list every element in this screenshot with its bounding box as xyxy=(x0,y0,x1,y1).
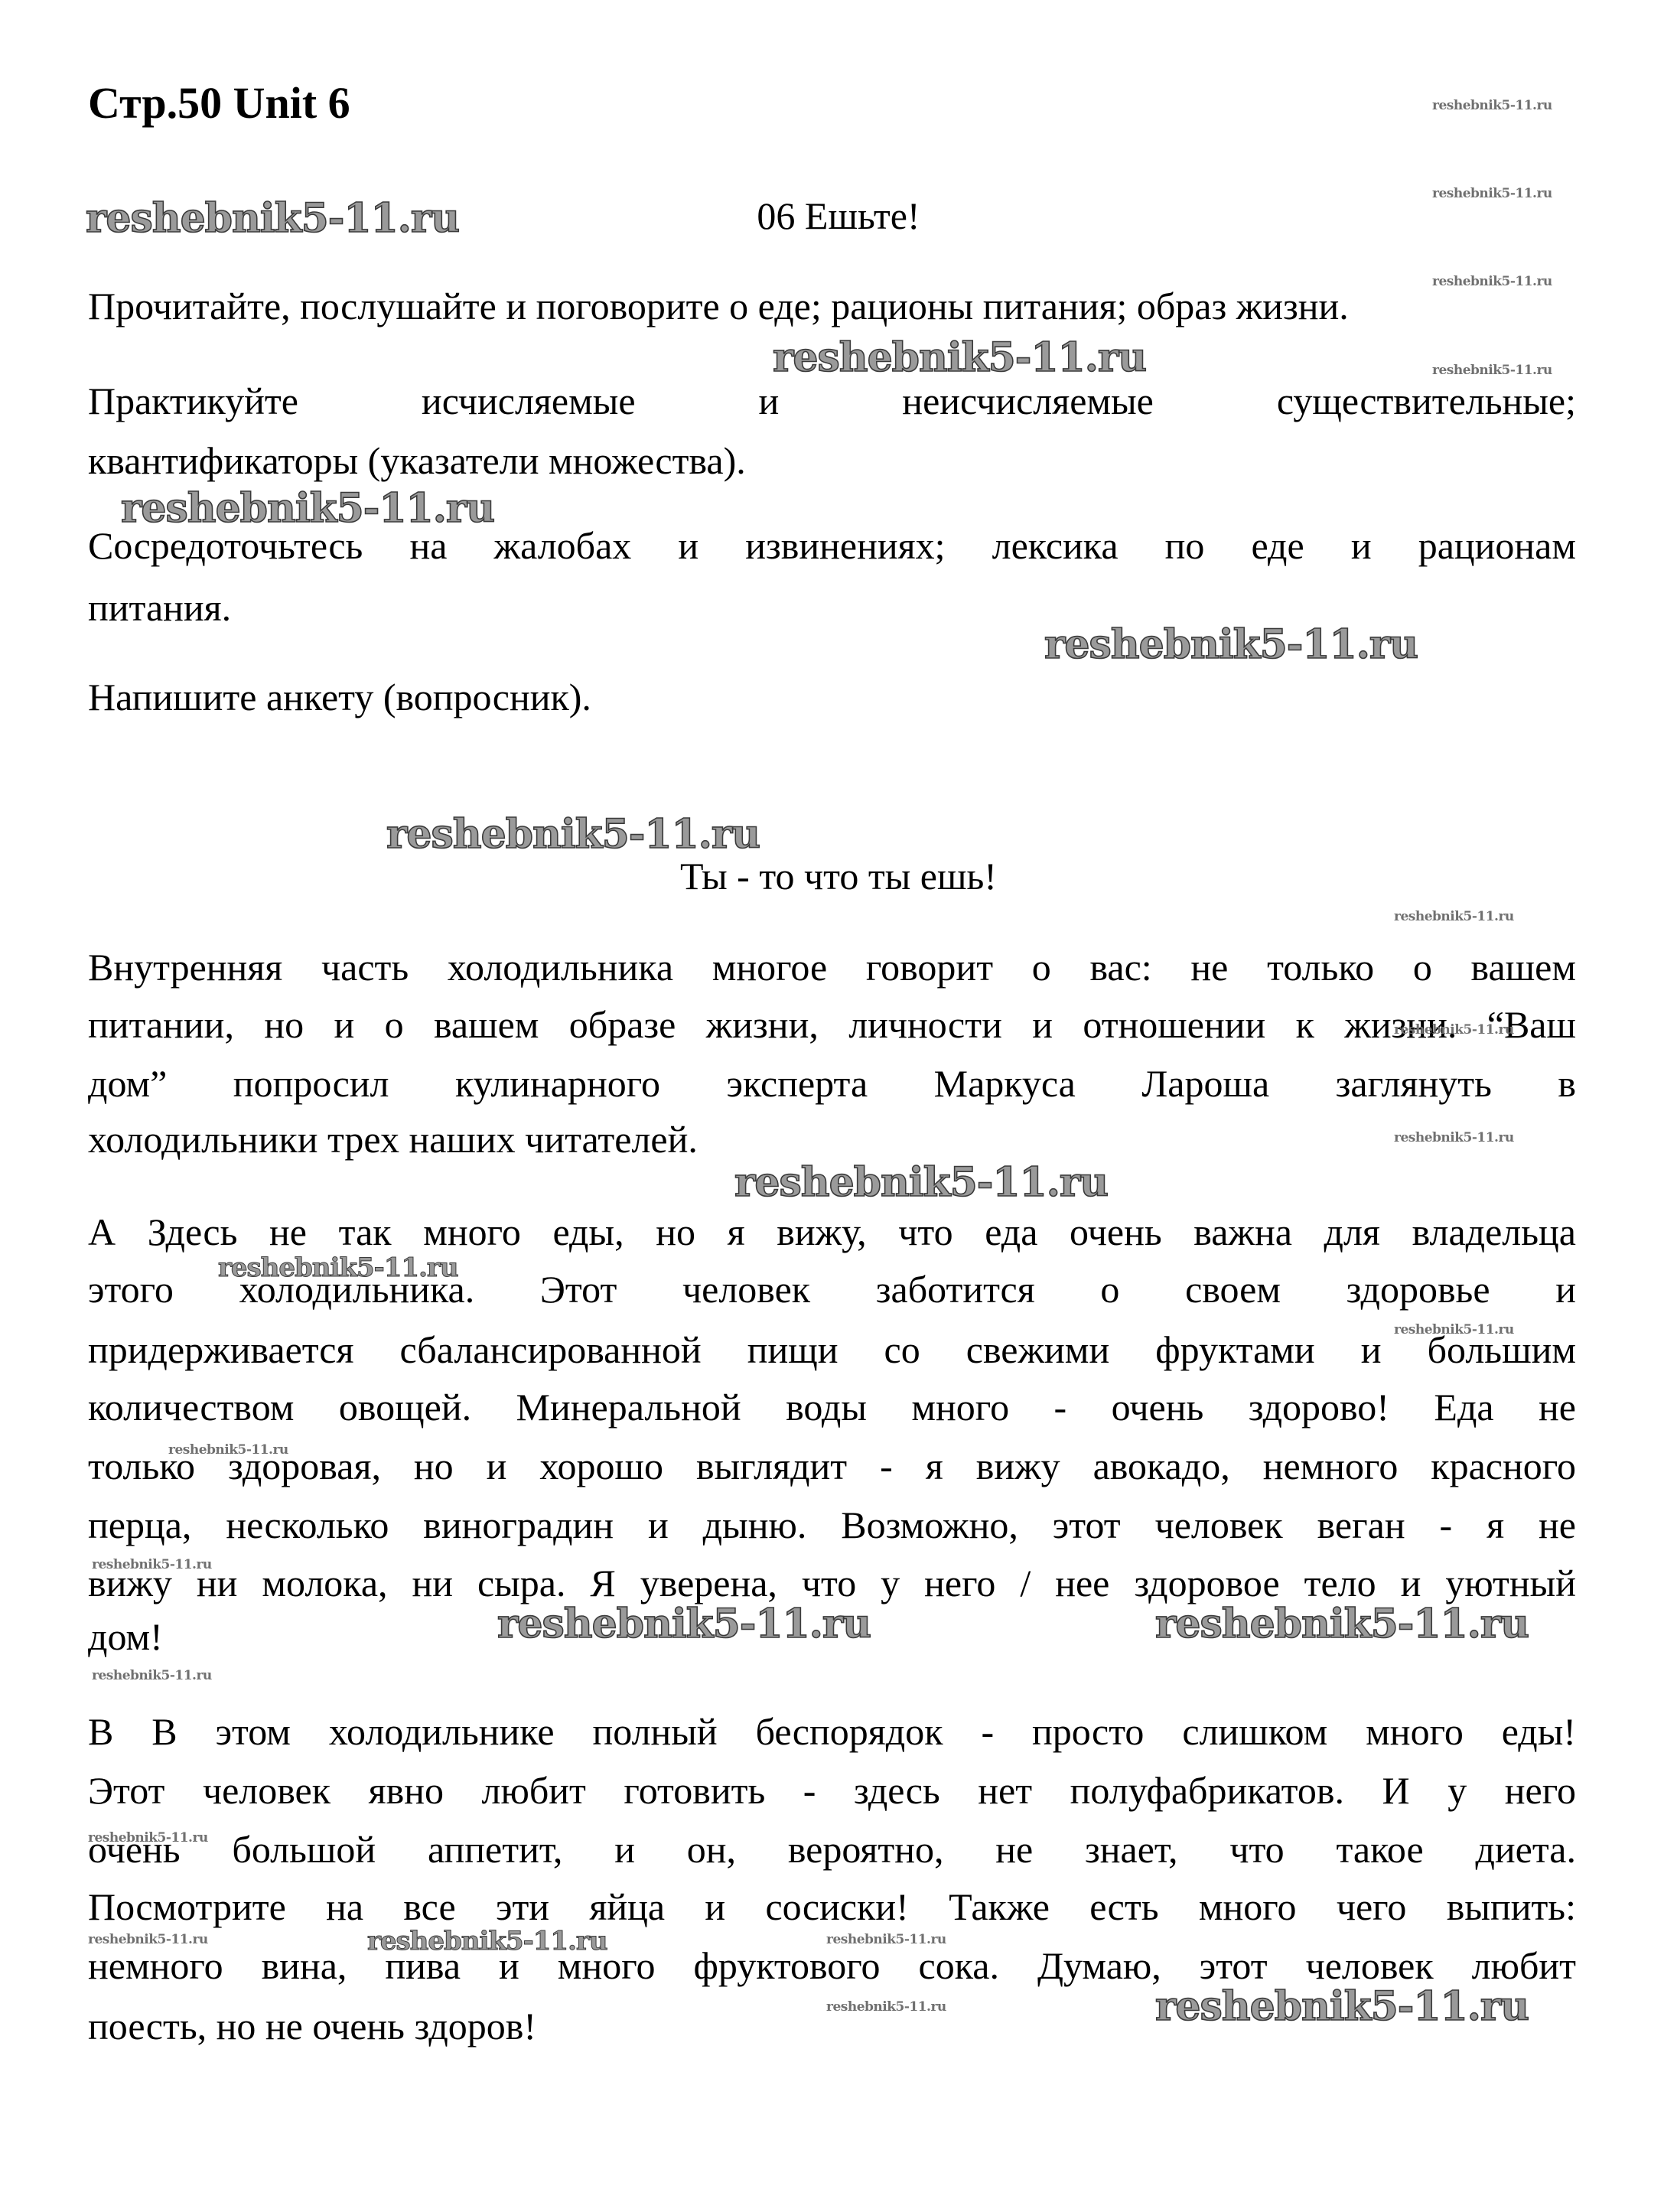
watermark-small: reshebnik5-11.ru xyxy=(88,1932,208,1947)
fridge-a-line: вижу ни молока, ни сыра. Я уверена, что … xyxy=(88,1560,1576,1606)
fridge-a-line: А Здесь не так много еды, но я вижу, что… xyxy=(88,1209,1576,1255)
fridge-a-line: придерживается сбалансированной пищи со … xyxy=(88,1327,1576,1373)
watermark-small: reshebnik5-11.ru xyxy=(826,1932,946,1947)
watermark-small: reshebnik5-11.ru xyxy=(1432,98,1552,113)
watermark-medium: reshebnik5-11.ru xyxy=(218,1253,458,1282)
watermark-small: reshebnik5-11.ru xyxy=(92,1668,212,1683)
watermark-large: reshebnik5-11.ru xyxy=(734,1161,1108,1204)
fridge-b-line: В В этом холодильнике полный беспорядок … xyxy=(88,1709,1576,1754)
article-intro-line: холодильники трех наших читателей. xyxy=(88,1116,1576,1162)
article-intro-line: дом” попросил кулинарного эксперта Марку… xyxy=(88,1060,1576,1106)
fridge-b-line: Этот человек явно любит готовить - здесь… xyxy=(88,1767,1576,1813)
watermark-small: reshebnik5-11.ru xyxy=(168,1442,288,1458)
watermark-large: reshebnik5-11.ru xyxy=(773,337,1146,380)
watermark-small: reshebnik5-11.ru xyxy=(1432,274,1552,289)
intro-paragraph-1: Прочитайте, послушайте и поговорите о ед… xyxy=(88,283,1576,329)
watermark-large: reshebnik5-11.ru xyxy=(1155,1986,1529,2028)
intro-paragraph-2-line-1: Практикуйте исчисляемые и неисчисляемые … xyxy=(88,378,1576,424)
fridge-b-line: немного вина, пива и много фруктового со… xyxy=(88,1943,1576,1989)
watermark-large: reshebnik5-11.ru xyxy=(386,813,760,856)
article-intro-line: питании, но и о вашем образе жизни, личн… xyxy=(88,1002,1576,1047)
watermark-large: reshebnik5-11.ru xyxy=(1155,1603,1529,1646)
page-title: Стр.50 Unit 6 xyxy=(88,80,350,126)
watermark-small: reshebnik5-11.ru xyxy=(92,1557,212,1572)
watermark-small: reshebnik5-11.ru xyxy=(1394,1322,1514,1337)
watermark-small: reshebnik5-11.ru xyxy=(1394,1022,1514,1038)
document-page: Стр.50 Unit 6 06 Ешьте! Прочитайте, посл… xyxy=(0,0,1677,2212)
watermark-large: reshebnik5-11.ru xyxy=(121,487,494,530)
intro-paragraph-2-line-2: квантификаторы (указатели множества). xyxy=(88,438,1576,484)
watermark-large: reshebnik5-11.ru xyxy=(1044,624,1418,666)
fridge-a-line: перца, несколько виноградин и дыню. Возм… xyxy=(88,1502,1576,1548)
watermark-small: reshebnik5-11.ru xyxy=(1432,186,1552,201)
fridge-a-line: только здоровая, но и хорошо выглядит - … xyxy=(88,1443,1576,1489)
article-title: Ты - то что ты ешь! xyxy=(0,853,1677,899)
intro-paragraph-4: Напишите анкету (вопросник). xyxy=(88,674,1576,720)
watermark-small: reshebnik5-11.ru xyxy=(1394,909,1514,924)
fridge-a-line: количеством овощей. Минеральной воды мно… xyxy=(88,1384,1576,1430)
watermark-small: reshebnik5-11.ru xyxy=(826,1999,946,2015)
watermark-large: reshebnik5-11.ru xyxy=(497,1603,871,1646)
watermark-large: reshebnik5-11.ru xyxy=(86,197,459,240)
article-intro-line: Внутренняя часть холодильника многое гов… xyxy=(88,944,1576,990)
watermark-medium: reshebnik5-11.ru xyxy=(367,1927,607,1956)
watermark-small: reshebnik5-11.ru xyxy=(88,1830,208,1846)
watermark-small: reshebnik5-11.ru xyxy=(1432,363,1552,378)
fridge-b-line: Посмотрите на все эти яйца и сосиски! Та… xyxy=(88,1884,1576,1930)
fridge-b-line: очень большой аппетит, и он, вероятно, н… xyxy=(88,1826,1576,1872)
watermark-small: reshebnik5-11.ru xyxy=(1394,1130,1514,1145)
